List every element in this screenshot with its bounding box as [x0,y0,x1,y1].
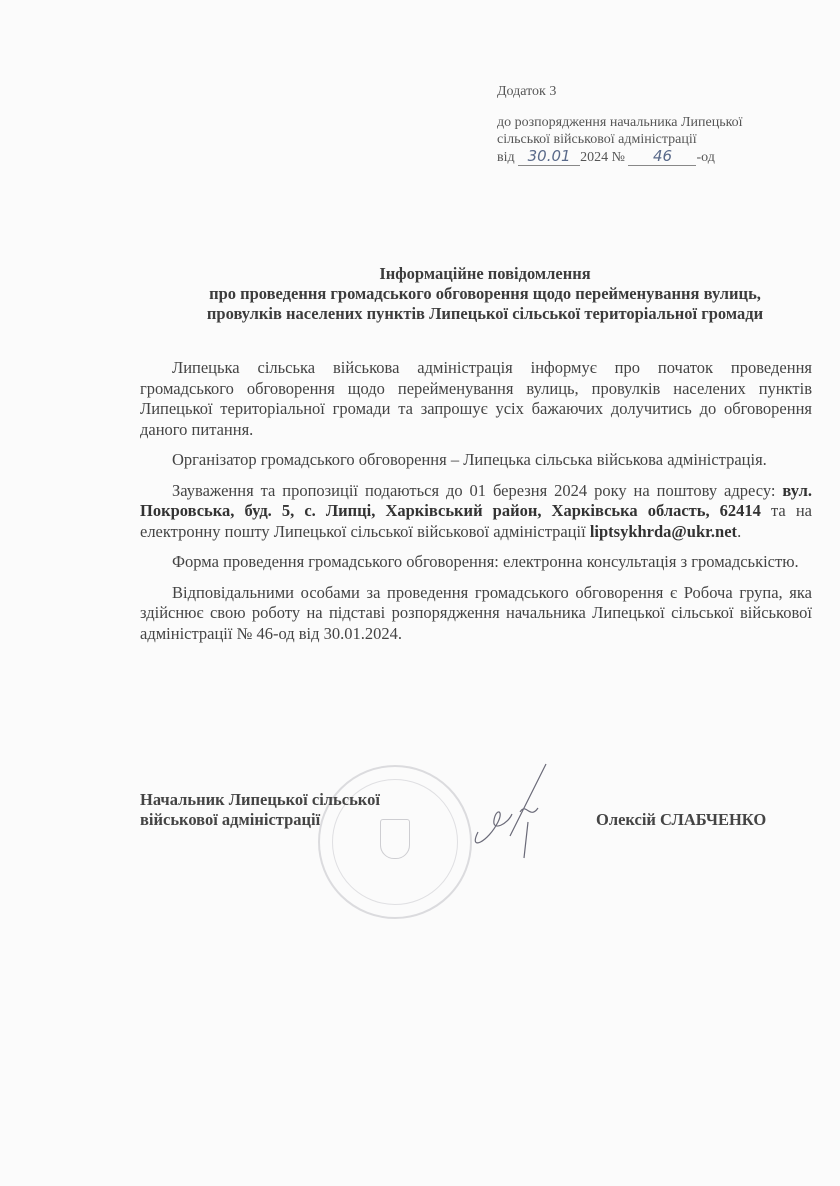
title-line-2: про проведення громадського обговорення … [130,284,840,304]
document-title: Інформаційне повідомлення про проведення… [130,264,840,324]
position-line-2: військової адміністрації [140,810,380,830]
title-line-1: Інформаційне повідомлення [130,264,840,284]
submission-text: Зауваження та пропозиції подаються до 01… [172,481,782,500]
email-address[interactable]: liptsykhrda@ukr.net [590,522,737,541]
signatory-name: Олексій СЛАБЧЕНКО [596,810,766,830]
paragraph-responsible: Відповідальними особами за проведення гр… [140,583,812,645]
date-prefix: від [497,150,515,165]
document-body: Липецька сільська військова адміністраці… [140,358,812,654]
annex-header: Додаток 3 до розпорядження начальника Ли… [497,83,743,166]
annex-line-2: сільської військової адміністрації [497,131,743,148]
title-line-3: провулків населених пунктів Липецької сі… [130,304,840,324]
official-stamp-icon [318,765,472,919]
paragraph-submissions: Зауваження та пропозиції подаються до 01… [140,481,812,543]
annex-title: Додаток 3 [497,83,743,100]
annex-line-1: до розпорядження начальника Липецької [497,114,743,131]
coat-of-arms-icon [380,819,410,859]
annex-date-line: від 30.012024 № 46-од [497,148,743,166]
paragraph-organizer: Організатор громадського обговорення – Л… [140,450,812,471]
year-label: 2024 № [580,150,625,165]
handwritten-number: 46 [628,148,696,166]
document-page: Додаток 3 до розпорядження начальника Ли… [0,0,840,1186]
signatory-position: Начальник Липецької сільської військової… [140,790,380,830]
period: . [737,522,741,541]
paragraph-format: Форма проведення громадського обговоренн… [140,552,812,573]
paragraph-announcement: Липецька сільська військова адміністраці… [140,358,812,440]
position-line-1: Начальник Липецької сільської [140,790,380,810]
number-suffix: -од [696,150,714,165]
signature-icon [468,762,558,872]
handwritten-date: 30.01 [518,148,580,166]
